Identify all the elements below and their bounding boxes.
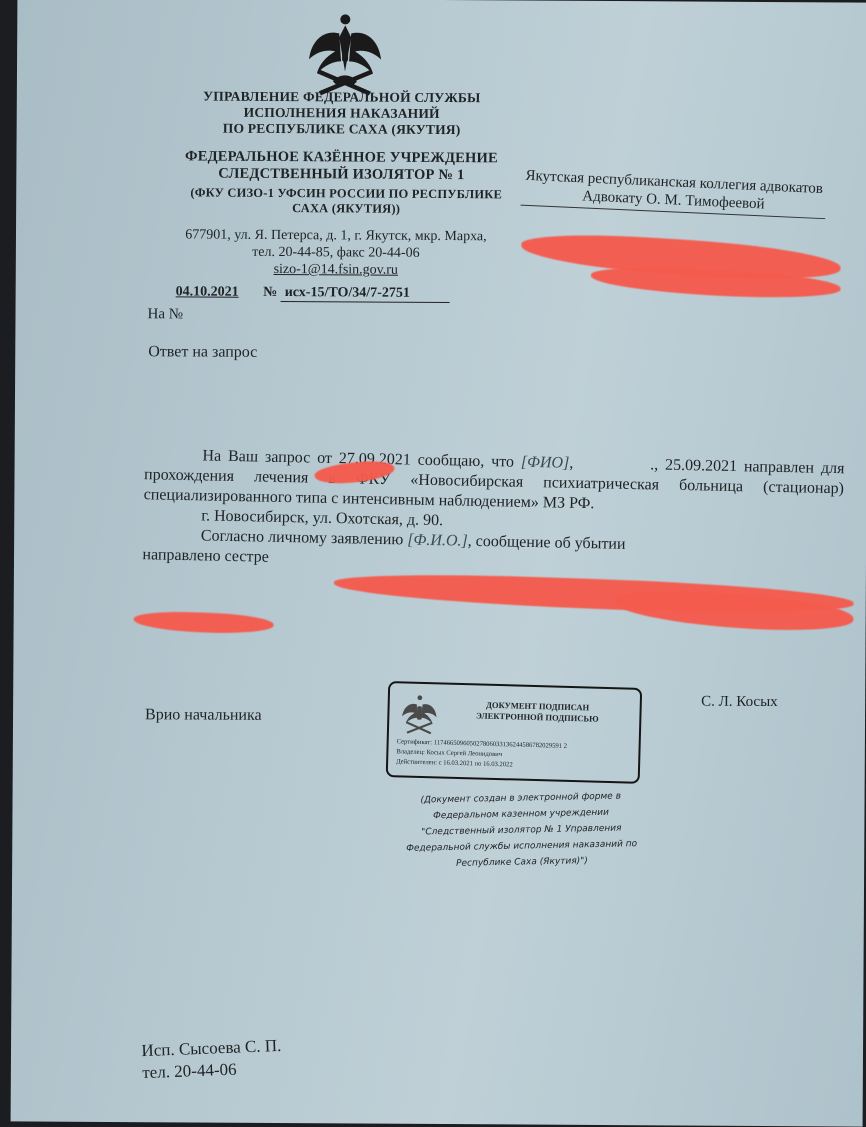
- letter-subject: Ответ на запрос: [148, 343, 257, 362]
- value: Косых Сергей Леонидович: [426, 749, 502, 758]
- signer-name: С. Л. Косых: [701, 694, 778, 711]
- institution-line: Федеральное казённое учреждение: [146, 148, 536, 167]
- institution-short-line: Саха (Якутия)): [156, 200, 536, 217]
- value: с 16.03.2021 по 16.03.2022: [439, 759, 513, 768]
- omitted-name: [Ф.И.О.]: [407, 531, 468, 549]
- institution-short-line: (ФКУ СИЗО-1 УФСИН России по Республике: [156, 185, 536, 202]
- letter-body: На Ваш запрос от 27.09.2021 сообщаю, что…: [142, 445, 844, 579]
- body-text: , сообщение об убытии: [468, 533, 626, 553]
- label: Сертификат:: [397, 738, 433, 746]
- e-document-note: (Документ создан в электронной форме в Ф…: [386, 788, 658, 873]
- body-text: направлено сестре: [142, 546, 269, 566]
- reply-to-label: На №: [147, 306, 183, 323]
- redaction-mark: [133, 611, 273, 634]
- directorate-line: по Республике Саха (Якутия): [167, 120, 517, 138]
- fsin-emblem-icon: [399, 693, 440, 736]
- label: Владелец:: [396, 748, 425, 756]
- number-label: №: [263, 285, 277, 300]
- body-text: Согласно личному заявлению: [201, 527, 408, 548]
- body-text: ,: [569, 455, 580, 472]
- label: Действителен:: [396, 758, 437, 766]
- signer-position: Врио начальника: [145, 706, 262, 725]
- e-signature-stamp: Документ подписан электронной подписью С…: [386, 681, 643, 784]
- stamp-details: Сертификат: 1174665096050278060331362445…: [396, 737, 567, 772]
- directorate-line: Управление Федеральной службы: [167, 88, 517, 106]
- redaction-gap: [580, 468, 650, 469]
- sender-contacts: 677901, ул. Я. Петерса, д. 1, г. Якутск,…: [126, 226, 546, 280]
- sender-institution: Федеральное казённое учреждение Следстве…: [146, 148, 536, 184]
- letter-number: исх-15/ТО/34/7-2751: [281, 285, 450, 303]
- outgoing-number: 04.10.2021 № исх-15/ТО/34/7-2751: [176, 284, 450, 303]
- letter-page: Управление Федеральной службы исполнения…: [11, 0, 866, 1124]
- sender-email: sizo-1@14.fsin.gov.ru: [126, 260, 546, 280]
- executor-block: Исп. Сысоева С. П. тел. 20-44-06: [141, 1035, 283, 1084]
- stamp-title: Документ подписан электронной подписью: [447, 699, 628, 726]
- letter-date: 04.10.2021: [176, 284, 239, 299]
- sender-institution-short: (ФКУ СИЗО-1 УФСИН России по Республике С…: [156, 185, 536, 217]
- recipient-block: Якутская республиканская коллегия адвока…: [521, 167, 827, 220]
- sender-address: 677901, ул. Я. Петерса, д. 1, г. Якутск,…: [126, 226, 546, 246]
- omitted-name: [ФИО]: [521, 454, 570, 472]
- sender-directorate: Управление Федеральной службы исполнения…: [167, 88, 517, 138]
- executor-phone: тел. 20-44-06: [142, 1057, 283, 1084]
- institution-line: Следственный изолятор № 1: [146, 165, 536, 184]
- fsin-emblem-icon: [305, 11, 386, 99]
